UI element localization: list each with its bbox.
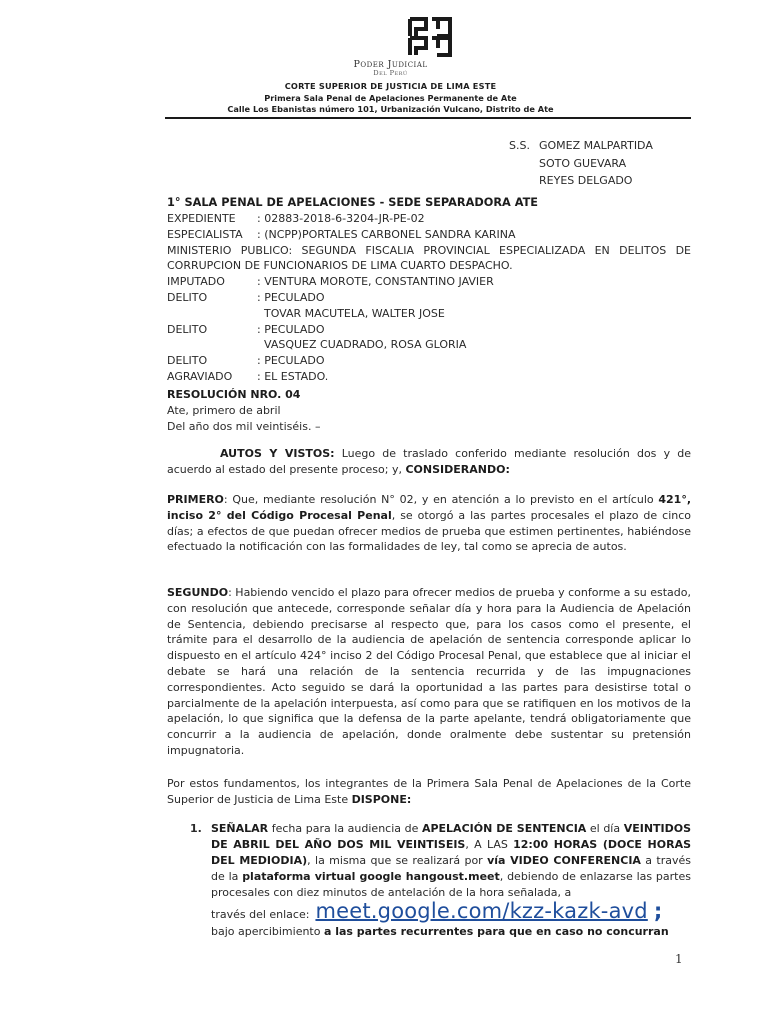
pj-logo-icon [407, 17, 453, 57]
fundamentos-paragraph: Por estos fundamentos, los integrantes d… [167, 776, 691, 808]
case-info: 1° SALA PENAL DE APELACIONES - SEDE SEPA… [167, 194, 691, 385]
sala-title: 1° SALA PENAL DE APELACIONES - SEDE SEPA… [167, 194, 691, 211]
institution-subtitle: Del Perú [0, 69, 781, 77]
judges-block: S.S.GOMEZ MALPARTIDA SOTO GUEVARA REYES … [509, 137, 653, 190]
judges-prefix: S.S. [509, 137, 539, 155]
court-address: Calle Los Ebanistas número 101, Urbaniza… [0, 104, 781, 114]
resolution-title: RESOLUCIÓN NRO. 04 [167, 387, 691, 403]
considerando-primero: PRIMERO: Que, mediante resolución N° 02,… [167, 492, 691, 555]
party-row: DELITO: PECULADO [167, 353, 691, 369]
party-row: DELITO: PECULADO [167, 290, 691, 306]
judge-name: REYES DELGADO [539, 172, 632, 190]
document-page: Poder Judicial Del Perú CORTE SUPERIOR D… [0, 0, 781, 1023]
party-row: AGRAVIADO: EL ESTADO. [167, 369, 691, 385]
dispone-item: 1. SEÑALAR fecha para la audiencia de AP… [187, 821, 691, 940]
party-row: IMPUTADO: VENTURA MOROTE, CONSTANTINO JA… [167, 274, 691, 290]
especialista-row: ESPECIALISTA : (NCPP)PORTALES CARBONEL S… [167, 227, 691, 243]
party-row: VASQUEZ CUADRADO, ROSA GLORIA [167, 337, 691, 353]
party-row: DELITO: PECULADO [167, 322, 691, 338]
parties-list: IMPUTADO: VENTURA MOROTE, CONSTANTINO JA… [167, 274, 691, 385]
resolution-header: RESOLUCIÓN NRO. 04 Ate, primero de abril… [167, 387, 691, 434]
page-number: 1 [675, 952, 683, 966]
expediente-value: : 02883-2018-6-3204-JR-PE-02 [257, 211, 691, 227]
especialista-value: : (NCPP)PORTALES CARBONEL SANDRA KARINA [257, 227, 691, 243]
resolution-year: Del año dos mil veintiséis. – [167, 419, 691, 435]
header-divider [165, 117, 691, 119]
autos-y-vistos: AUTOS Y VISTOS: Luego de traslado confer… [167, 446, 691, 478]
court-name: CORTE SUPERIOR DE JUSTICIA DE LIMA ESTE [0, 81, 781, 91]
judge-name: GOMEZ MALPARTIDA [539, 137, 653, 155]
expediente-row: EXPEDIENTE : 02883-2018-6-3204-JR-PE-02 [167, 211, 691, 227]
party-row: TOVAR MACUTELA, WALTER JOSE [167, 306, 691, 322]
resolution-place-date: Ate, primero de abril [167, 403, 691, 419]
link-prefix: través del enlace: [211, 907, 309, 923]
ministerio-publico: MINISTERIO PUBLICO: SEGUNDA FISCALIA PRO… [167, 243, 691, 275]
meet-link[interactable]: meet.google.com/kzz-kazk-avd [315, 903, 647, 919]
chamber-name: Primera Sala Penal de Apelaciones Perman… [0, 93, 781, 103]
item-number: 1. [190, 821, 202, 837]
judge-name: SOTO GUEVARA [539, 155, 626, 173]
considerando-segundo: SEGUNDO: Habiendo vencido el plazo para … [167, 585, 691, 759]
